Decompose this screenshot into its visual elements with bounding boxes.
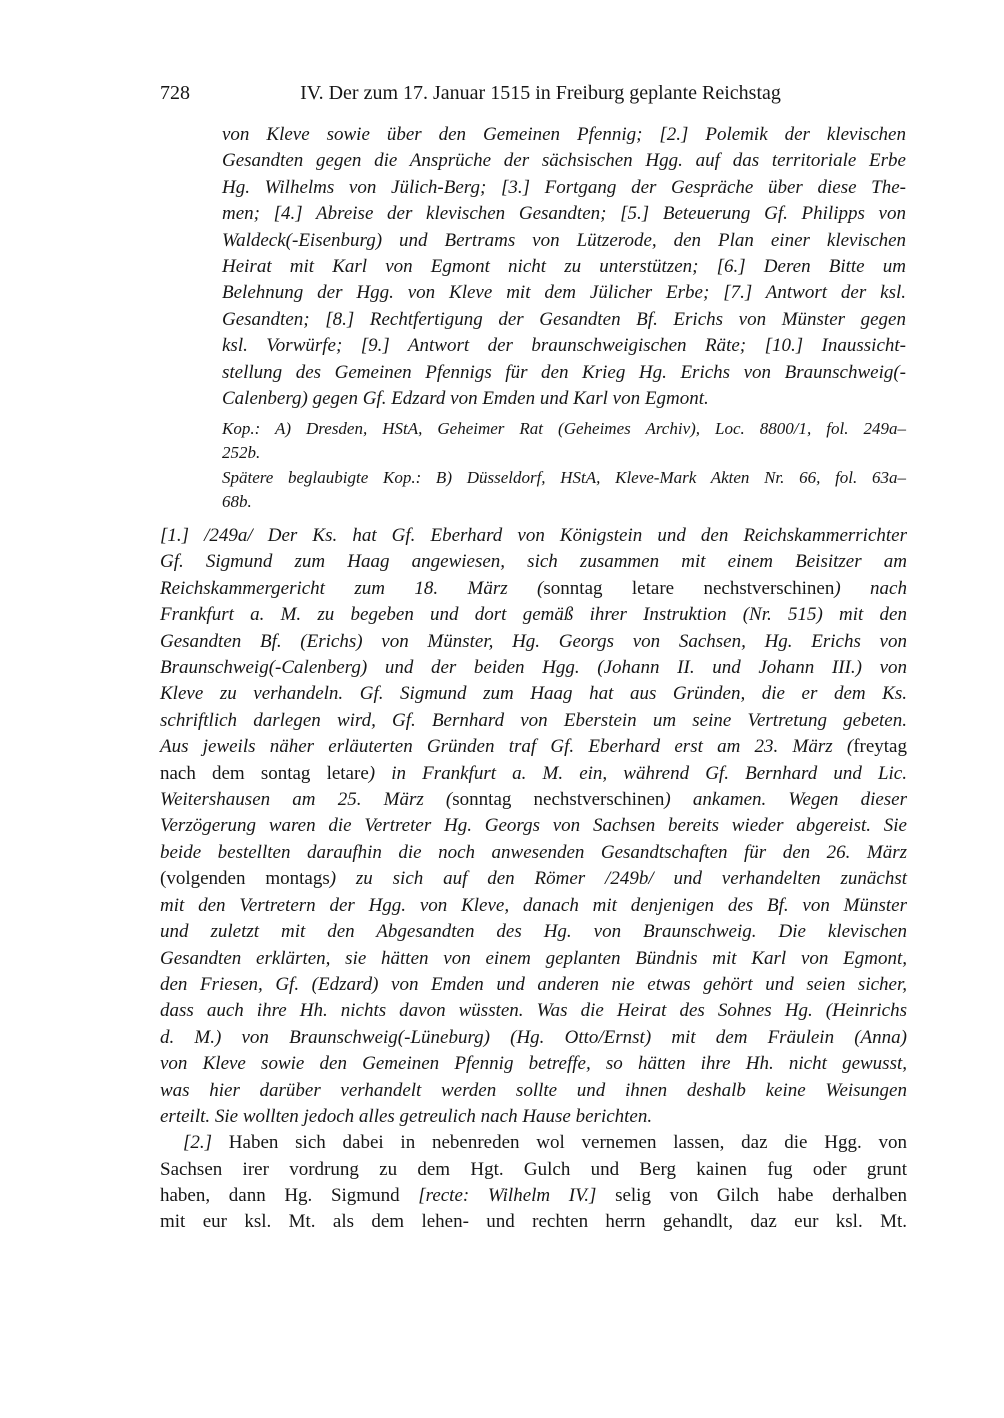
text-line: Calenberg) gegen Gf. Edzard von Emden un… — [222, 386, 906, 412]
text-run: ) ankamen. Wegen dieser — [664, 789, 907, 810]
text-line: Hg. Wilhelms von Jülich-Berg; [3.] Fortg… — [222, 175, 906, 201]
text-line: was hier darüber verhandelt werden sollt… — [160, 1078, 907, 1104]
text-run: Spätere beglaubigte Kop.: B) Düsseldorf,… — [222, 468, 906, 487]
page-header: 728 IV. Der zum 17. Januar 1515 in Freib… — [160, 80, 907, 106]
text-run: von Kleve sowie den Gemeinen Pfennig bet… — [160, 1053, 907, 1074]
text-run: Kop.: A) Dresden, HStA, Geheimer Rat (Ge… — [222, 419, 906, 438]
text-line: Verzögerung waren die Vertreter Hg. Geor… — [160, 813, 907, 839]
text-run: erteilt. Sie wollten jedoch alles getreu… — [160, 1106, 652, 1127]
text-run: sonntag letare nechstverschinen — [543, 578, 834, 599]
text-run: Verzögerung waren die Vertreter Hg. Geor… — [160, 815, 907, 836]
text-run: Aus jeweils näher erläuterten Gründen tr… — [160, 736, 853, 757]
text-run: dass auch ihre Hh. nichts davon wüssten.… — [160, 1000, 907, 1021]
text-run: Gesandten Bf. (Erichs) von Münster, Hg. … — [160, 631, 907, 652]
running-head: IV. Der zum 17. Januar 1515 in Freiburg … — [160, 80, 907, 106]
text-run: Weitershausen am 25. März ( — [160, 789, 452, 810]
text-line: stellung des Gemeinen Pfennigs für den K… — [222, 360, 906, 386]
text-run: Belehnung der Hgg. von Kleve mit dem Jül… — [222, 282, 906, 303]
text-run: haben, dann Hg. Sigmund — [160, 1185, 418, 1206]
text-line: [2.] Haben sich dabei in nebenreden wol … — [160, 1130, 907, 1156]
text-line: Kleve zu verhandeln. Gf. Sigmund zum Haa… — [160, 681, 907, 707]
text-run: Gesandten gegen die Ansprüche der sächsi… — [222, 150, 906, 171]
text-line: von Kleve sowie über den Gemeinen Pfenni… — [222, 122, 906, 148]
text-line: Aus jeweils näher erläuterten Gründen tr… — [160, 734, 907, 760]
text-run: ) zu sich auf den Römer /249b/ und verha… — [330, 868, 907, 889]
text-run: von Kleve sowie über den Gemeinen Pfenni… — [222, 124, 906, 145]
text-line: von Kleve sowie den Gemeinen Pfennig bet… — [160, 1051, 907, 1077]
text-line: den Friesen, Gf. (Edzard) von Emden und … — [160, 972, 907, 998]
text-run: 252b. — [222, 443, 260, 462]
text-line: Gesandten; [8.] Rechtfertigung der Gesan… — [222, 307, 906, 333]
text-run: Haben sich dabei in nebenreden wol verne… — [212, 1132, 907, 1153]
text-run: Gesandten; [8.] Rechtfertigung der Gesan… — [222, 309, 906, 330]
text-run: Reichskammergericht zum 18. März ( — [160, 578, 543, 599]
text-run: was hier darüber verhandelt werden sollt… — [160, 1080, 907, 1101]
source-note-kop-a: Kop.: A) Dresden, HStA, Geheimer Rat (Ge… — [222, 417, 906, 466]
text-run: Gf. Sigmund zum Haag angewiesen, sich zu… — [160, 551, 907, 572]
text-run: d. M.) von Braunschweig(-Lüneburg) (Hg. … — [160, 1027, 907, 1048]
text-line: Gesandten erklärten, sie hätten von eine… — [160, 946, 907, 972]
text-line: (volgenden montags) zu sich auf den Röme… — [160, 866, 907, 892]
text-line: Gesandten gegen die Ansprüche der sächsi… — [222, 148, 906, 174]
text-run: 68b. — [222, 492, 252, 511]
text-run: freytag — [853, 736, 907, 757]
book-page: 728 IV. Der zum 17. Januar 1515 in Freib… — [0, 0, 1004, 1418]
text-run: mit den Vertretern der Hgg. von Kleve, d… — [160, 895, 907, 916]
text-line: mit den Vertretern der Hgg. von Kleve, d… — [160, 893, 907, 919]
text-line: [1.] /249a/ Der Ks. hat Gf. Eberhard von… — [160, 523, 907, 549]
text-run: men; [4.] Abreise der klevischen Gesandt… — [222, 203, 906, 224]
text-run: sonntag nechstverschinen — [452, 789, 664, 810]
text-run: den Friesen, Gf. (Edzard) von Emden und … — [160, 974, 907, 995]
source-note-kop-b: Spätere beglaubigte Kop.: B) Düsseldorf,… — [222, 466, 906, 515]
text-run: ) in Frankfurt a. M. ein, während Gf. Be… — [369, 763, 907, 784]
text-run: beide bestellten daraufhin die noch anwe… — [160, 842, 907, 863]
text-line: Kop.: A) Dresden, HStA, Geheimer Rat (Ge… — [222, 417, 906, 441]
text-line: Weitershausen am 25. März (sonntag nechs… — [160, 787, 907, 813]
text-line: Gf. Sigmund zum Haag angewiesen, sich zu… — [160, 549, 907, 575]
text-run: [recte: Wilhelm IV.] — [418, 1185, 596, 1206]
text-run: stellung des Gemeinen Pfennigs für den K… — [222, 362, 906, 383]
text-run: Waldeck(-Eisenburg) und Bertrams von Lüt… — [222, 230, 906, 251]
text-line: d. M.) von Braunschweig(-Lüneburg) (Hg. … — [160, 1025, 907, 1051]
text-line: Sachsen irer vordrung zu dem Hgt. Gulch … — [160, 1157, 907, 1183]
text-run: (volgenden montags — [160, 868, 330, 889]
text-line: nach dem sontag letare) in Frankfurt a. … — [160, 761, 907, 787]
text-run: Frankfurt a. M. zu begeben und dort gemä… — [160, 604, 907, 625]
text-run: mit eur ksl. Mt. als dem lehen- und rech… — [160, 1211, 907, 1232]
text-line: 68b. — [222, 490, 906, 514]
text-line: mit eur ksl. Mt. als dem lehen- und rech… — [160, 1209, 907, 1235]
text-line: Reichskammergericht zum 18. März (sonnta… — [160, 576, 907, 602]
text-line: Belehnung der Hgg. von Kleve mit dem Jül… — [222, 280, 906, 306]
text-run: Kleve zu verhandeln. Gf. Sigmund zum Haa… — [160, 683, 907, 704]
text-line: Gesandten Bf. (Erichs) von Münster, Hg. … — [160, 629, 907, 655]
text-run: selig von Gilch habe derhalben — [596, 1185, 907, 1206]
text-run: Gesandten erklärten, sie hätten von eine… — [160, 948, 907, 969]
text-line: haben, dann Hg. Sigmund [recte: Wilhelm … — [160, 1183, 907, 1209]
text-run: und zuletzt mit den Abgesandten des Hg. … — [160, 921, 907, 942]
text-line: 252b. — [222, 441, 906, 465]
text-line: beide bestellten daraufhin die noch anwe… — [160, 840, 907, 866]
text-line: ksl. Vorwürfe; [9.] Antwort der braunsch… — [222, 333, 906, 359]
text-line: und zuletzt mit den Abgesandten des Hg. … — [160, 919, 907, 945]
regest-summary-block: von Kleve sowie über den Gemeinen Pfenni… — [222, 122, 906, 412]
text-line: erteilt. Sie wollten jedoch alles getreu… — [160, 1104, 907, 1130]
text-line: dass auch ihre Hh. nichts davon wüssten.… — [160, 998, 907, 1024]
text-run: Calenberg) gegen Gf. Edzard von Emden un… — [222, 388, 709, 409]
body-paragraph-2: [2.] Haben sich dabei in nebenreden wol … — [160, 1130, 907, 1236]
text-line: schriftlich darlegen wird, Gf. Bernhard … — [160, 708, 907, 734]
text-run: Sachsen irer vordrung zu dem Hgt. Gulch … — [160, 1159, 907, 1180]
body-paragraph-1: [1.] /249a/ Der Ks. hat Gf. Eberhard von… — [160, 523, 907, 1130]
text-run: ksl. Vorwürfe; [9.] Antwort der braunsch… — [222, 335, 906, 356]
text-run: Braunschweig(-Calenberg) und der beiden … — [160, 657, 907, 678]
text-run: Heirat mit Karl von Egmont nicht zu unte… — [222, 256, 906, 277]
text-run: ) nach — [834, 578, 907, 599]
text-line: Waldeck(-Eisenburg) und Bertrams von Lüt… — [222, 228, 906, 254]
text-line: Frankfurt a. M. zu begeben und dort gemä… — [160, 602, 907, 628]
text-run: schriftlich darlegen wird, Gf. Bernhard … — [160, 710, 907, 731]
text-line: men; [4.] Abreise der klevischen Gesandt… — [222, 201, 906, 227]
text-run: Hg. Wilhelms von Jülich-Berg; [3.] Fortg… — [222, 177, 906, 198]
text-run: nach dem sontag letare — [160, 763, 369, 784]
text-line: Spätere beglaubigte Kop.: B) Düsseldorf,… — [222, 466, 906, 490]
text-run: [1.] /249a/ Der Ks. hat Gf. Eberhard von… — [160, 525, 907, 546]
text-line: Braunschweig(-Calenberg) und der beiden … — [160, 655, 907, 681]
text-line: Heirat mit Karl von Egmont nicht zu unte… — [222, 254, 906, 280]
text-run: [2.] — [183, 1132, 212, 1153]
